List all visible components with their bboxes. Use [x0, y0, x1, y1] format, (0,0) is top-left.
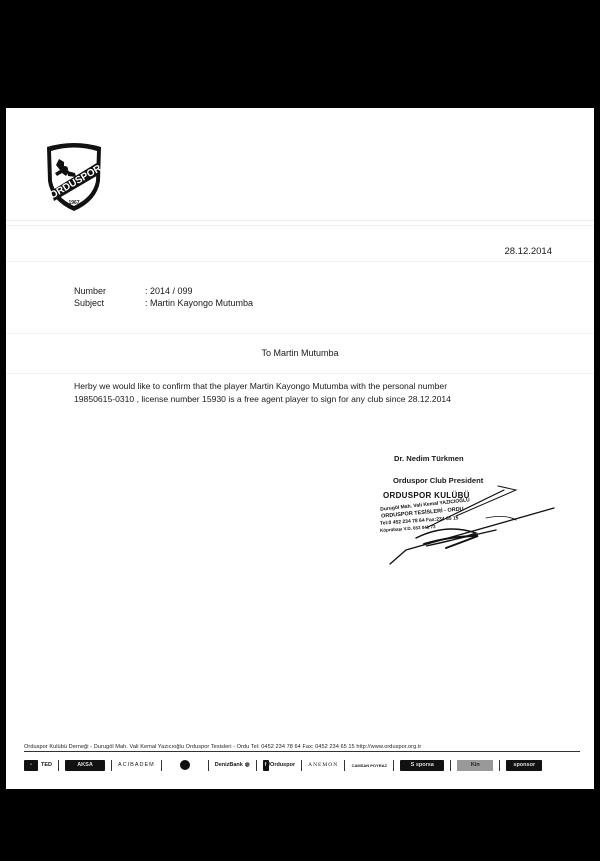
- sponsor-kin: Kin: [457, 760, 493, 771]
- subject-value: : Martin Kayongo Mutumba: [145, 297, 253, 309]
- letter-meta: Number : 2014 / 099 Subject : Martin Kay…: [74, 285, 253, 309]
- sponsor-anemon: ANEMON: [308, 760, 338, 771]
- signer-name: Dr. Nedim Türkmen: [394, 454, 464, 463]
- sponsor-round-logo: [168, 760, 202, 771]
- signature-scribble-icon: [366, 478, 556, 568]
- letter-page: ORDUSPOR 1967 28.12.2014 Number : 2014 /…: [6, 108, 594, 789]
- body-line-1: Herby we would like to confirm that the …: [74, 380, 544, 393]
- sponsor-aksa: AKSA: [65, 760, 105, 771]
- sponsor-ted: TED: [41, 760, 52, 771]
- sponsor-acibadem: ACIBADEM: [118, 760, 155, 771]
- recipient-line: To Martin Mutumba: [6, 348, 594, 358]
- orduspor-logo-icon: ORDUSPOR 1967: [43, 141, 105, 213]
- globe-icon: ◍: [245, 760, 250, 771]
- sponsor-denizbank: DenizBank: [215, 760, 243, 771]
- round-logo-icon: [180, 760, 190, 770]
- letter-body: Herby we would like to confirm that the …: [74, 380, 544, 406]
- number-label: Number: [74, 285, 145, 297]
- ted-logo-icon: ▫: [24, 760, 38, 771]
- body-line-2: 19850615-0310 , license number 15930 is …: [74, 393, 544, 406]
- subject-label: Subject: [74, 297, 145, 309]
- sponsor-camsan: CAMSAN POYRAZ: [351, 760, 387, 771]
- svg-text:1967: 1967: [68, 200, 79, 206]
- number-value: : 2014 / 099: [145, 285, 193, 297]
- letter-date: 28.12.2014: [504, 246, 552, 257]
- sponsor-sporsa: S sporsa: [400, 760, 444, 771]
- sponsor-last: sponsor: [506, 760, 542, 771]
- sponsor-bar: ▫ TED AKSA ACIBADEM DenizBank ◍ f /Ordus…: [24, 758, 584, 772]
- sponsor-facebook: /Orduspor: [269, 760, 296, 771]
- footer-address: Orduspor Kulübü Derneği - Durugöl Mah. V…: [24, 744, 580, 752]
